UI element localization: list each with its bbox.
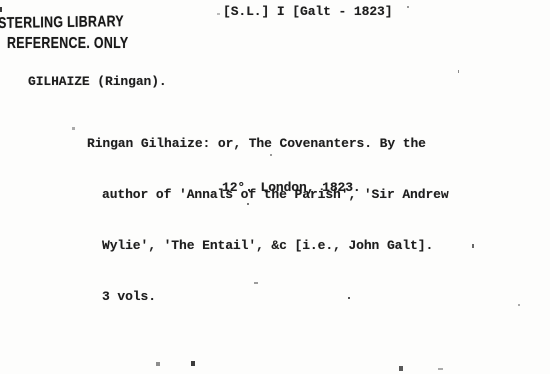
scan-speck xyxy=(472,244,474,248)
scan-speck xyxy=(518,304,520,306)
heading: GILHAIZE (Ringan). xyxy=(28,73,167,90)
catalog-card: STERLING LIBRARY REFERENCE. ONLY [S.L.] … xyxy=(0,0,550,374)
scan-speck xyxy=(191,361,195,366)
scan-speck xyxy=(407,6,409,8)
scan-speck xyxy=(156,362,160,366)
scan-speck xyxy=(254,282,258,284)
description: Ringan Gilhaize: or, The Covenanters. By… xyxy=(87,101,449,339)
description-line: 3 vols. xyxy=(102,288,449,305)
scan-speck xyxy=(247,203,249,205)
scan-speck xyxy=(270,154,272,156)
stamp-line-2: REFERENCE. ONLY xyxy=(7,36,128,52)
scan-speck xyxy=(0,7,2,12)
scan-speck xyxy=(458,70,459,73)
description-line: Ringan Gilhaize: or, The Covenanters. By… xyxy=(87,135,449,152)
scan-speck xyxy=(438,368,443,370)
scan-speck xyxy=(217,13,220,15)
scan-speck xyxy=(72,127,75,130)
stamp-line-1: STERLING LIBRARY xyxy=(0,14,124,31)
scan-speck xyxy=(399,366,403,371)
description-line: Wylie', 'The Entail', &c [i.e., John Gal… xyxy=(102,237,449,254)
scan-speck xyxy=(348,297,350,299)
shelfmark: [S.L.] I [Galt - 1823] xyxy=(223,3,392,20)
imprint: 12°. London, 1823. xyxy=(222,179,361,196)
